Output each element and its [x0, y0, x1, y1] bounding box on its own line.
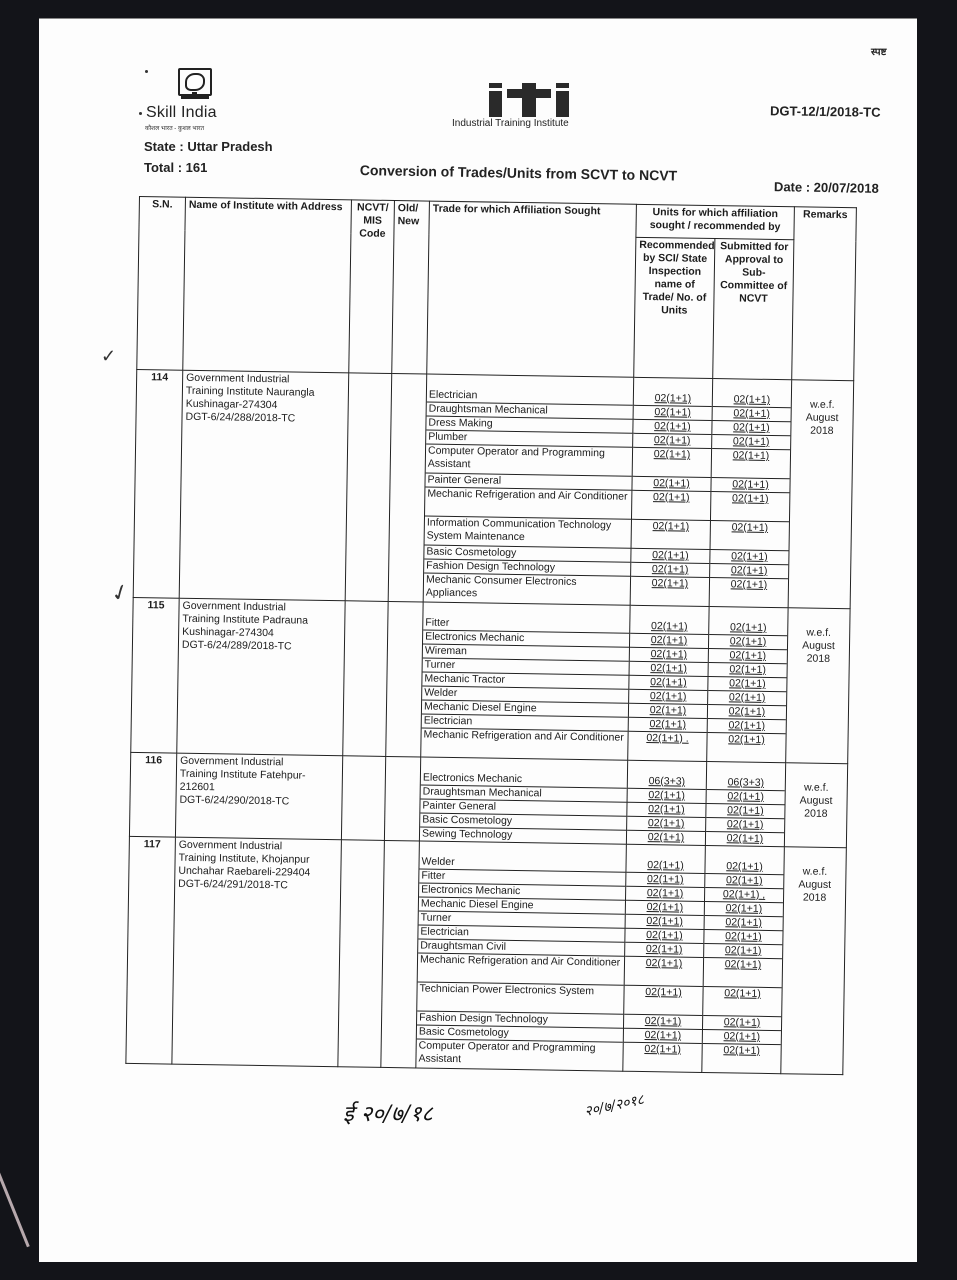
recommended-units-value: 02(1+1) [623, 1043, 701, 1072]
submitted-units-value: 02(1+1) [705, 916, 783, 931]
submitted-units-value: 02(1+1) [706, 832, 784, 846]
submitted-units-cell: 02(1+1)02(1+1)02(1+1) ,02(1+1)02(1+1)02(… [702, 845, 785, 1073]
col-header-units-group: Units for which affiliation sought / rec… [636, 204, 794, 239]
recommended-units-cell: 06(3+3)02(1+1)02(1+1)02(1+1)02(1+1) [626, 760, 706, 845]
old-new-cell [384, 756, 420, 841]
recommended-units-value: 02(1+1) [634, 392, 712, 407]
col-header-remarks: Remarks [792, 207, 857, 381]
submitted-units-value: 02(1+1) [704, 944, 782, 959]
remark-line: August [788, 794, 843, 808]
col-header-institute: Name of Institute with Address [183, 197, 352, 373]
recommended-units-value: 02(1+1) [630, 620, 708, 635]
recommended-units-value: 02(1+1) [631, 563, 709, 578]
dot-mark [145, 70, 148, 73]
recommended-units-cell: 02(1+1)02(1+1)02(1+1)02(1+1)02(1+1)02(1+… [628, 605, 709, 761]
recommended-units-value: 06(3+3) [628, 775, 706, 790]
submitted-units-value: 02(1+1) [706, 804, 784, 819]
remarks-cell: w.e.f.August2018 [786, 608, 850, 764]
trade-name: Mechanic Refrigeration and Air Condition… [421, 729, 627, 760]
remarks-cell: w.e.f.August2018 [788, 380, 854, 609]
institute-cell: Government IndustrialTraining Institute … [177, 598, 345, 756]
document-page: Skill India कौशल भारत - कुशल भारत Indust… [39, 18, 917, 1262]
old-new-cell [388, 373, 427, 602]
iti-logo-icon [487, 83, 571, 117]
col-header-trade: Trade for which Affiliation Sought [427, 201, 637, 377]
submitted-units-value: 02(1+1) [713, 407, 791, 422]
remark-line: w.e.f. [787, 865, 842, 879]
submitted-units-value: 02(1+1) [705, 860, 783, 875]
trade-name: Mechanic Consumer Electronics Appliances [424, 574, 630, 605]
recommended-units-value: 02(1+1) [630, 662, 708, 677]
ncvt-code-cell [341, 756, 385, 841]
submitted-units-value: 02(1+1) , [705, 888, 783, 903]
recommended-units-value: 02(1+1) [633, 434, 711, 449]
trade-list-cell: ElectricianDraughtsman MechanicalDress M… [423, 374, 634, 605]
recommended-units-value: 02(1+1) . [628, 732, 706, 761]
recommended-units-value: 02(1+1) [627, 817, 705, 832]
submitted-units-cell: 02(1+1)02(1+1)02(1+1)02(1+1)02(1+1)02(1+… [709, 379, 792, 608]
trades-table: S.N. Name of Institute with Address NCVT… [125, 196, 857, 1075]
recommended-units-value: 02(1+1) [625, 929, 703, 944]
recommended-units-value: 02(1+1) [627, 803, 705, 818]
submitted-units-value: 02(1+1) [703, 1016, 781, 1031]
col-header-sn: S.N. [137, 197, 186, 371]
institute-cell: Government IndustrialTraining Institute,… [172, 837, 342, 1067]
institute-row: 115Government IndustrialTraining Institu… [131, 597, 850, 763]
remark-line: 2018 [787, 891, 842, 905]
total-label: Total : 161 [144, 160, 207, 175]
state-label: State : Uttar Pradesh [144, 139, 273, 154]
remarks-cell: w.e.f.August2018 [784, 763, 847, 848]
trade-list-cell: Electronics MechanicDraughtsman Mechanic… [419, 757, 627, 844]
submitted-units-value: 02(1+1) [707, 790, 785, 805]
skill-india-title: Skill India [146, 104, 217, 122]
recommended-units-value: 02(1+1) [629, 718, 707, 733]
col-header-recommended: Recommended by SCI/ State Inspection nam… [634, 237, 715, 378]
submitted-units-value: 02(1+1) [711, 521, 789, 551]
recommended-units-value: 02(1+1) [628, 789, 706, 804]
submitted-units-value: 02(1+1) [709, 621, 787, 636]
submitted-units-value: 02(1+1) [709, 663, 787, 678]
skill-india-tagline: कौशल भारत - कुशल भारत [145, 124, 204, 132]
recommended-units-value: 02(1+1) [626, 887, 704, 902]
recommended-units-cell: 02(1+1)02(1+1)02(1+1)02(1+1)02(1+1)02(1+… [630, 377, 713, 606]
institute-address-line: DGT-6/24/289/2018-TC [182, 639, 341, 654]
check-mark-icon: ✓ [101, 346, 116, 367]
institute-address-line: DGT-6/24/288/2018-TC [185, 411, 344, 426]
institute-address-line: DGT-6/24/291/2018-TC [178, 878, 337, 893]
submitted-units-value: 02(1+1) [705, 902, 783, 917]
recommended-units-value: 02(1+1) [627, 831, 705, 845]
old-new-cell [386, 601, 423, 757]
recommended-units-value: 02(1+1) [624, 986, 702, 1016]
submitted-units-value: 02(1+1) [708, 691, 786, 706]
submitted-units-value: 06(3+3) [707, 776, 785, 791]
recommended-units-value: 02(1+1) [626, 901, 704, 916]
ncvt-code-cell [345, 373, 392, 602]
recommended-units-value: 02(1+1) [633, 420, 711, 435]
serial-number-cell: 115 [131, 597, 179, 753]
submitted-units-value: 02(1+1) [710, 578, 788, 607]
submitted-units-value: 02(1+1) [710, 564, 788, 579]
submitted-units-value: 02(1+1) [703, 1030, 781, 1045]
institute-row: 116Government IndustrialTraining Institu… [129, 752, 847, 847]
trade-name: Information Communication Technology Sys… [425, 517, 631, 549]
remark-line: August [794, 411, 849, 425]
submitted-units-value: 02(1+1) [712, 435, 790, 450]
institute-address-line: DGT-6/24/290/2018-TC [179, 794, 338, 809]
recommended-units-value: 02(1+1) [625, 957, 703, 987]
submitted-units-value: 02(1+1) [707, 733, 785, 762]
remark-line: w.e.f. [789, 781, 844, 795]
signature-left: ई २०/७/१८ [343, 1098, 433, 1128]
submitted-units-value: 02(1+1) [708, 719, 786, 734]
trade-name: Computer Operator and Programming Assist… [416, 1039, 622, 1070]
remark-line: 2018 [794, 424, 849, 438]
ncvt-code-cell [338, 840, 385, 1068]
remark-line: 2018 [788, 807, 843, 821]
institute-row: 114Government IndustrialTraining Institu… [133, 369, 853, 608]
submitted-units-value: 02(1+1) [713, 393, 791, 408]
submitted-units-value: 02(1+1) [708, 677, 786, 692]
remark-line: August [787, 878, 842, 892]
submitted-units-value: 02(1+1) [710, 550, 788, 565]
serial-number-cell: 117 [126, 836, 176, 1064]
recommended-units-value: 02(1+1) [629, 690, 707, 705]
col-header-ncvt: NCVT/ MIS Code [349, 200, 395, 374]
submitted-units-value: 02(1+1) [708, 705, 786, 720]
submitted-units-value: 02(1+1) [702, 1044, 780, 1073]
trade-name: Technician Power Electronics System [417, 982, 623, 1014]
submitted-units-value: 02(1+1) [712, 421, 790, 436]
check-mark-icon: ✓ [107, 578, 133, 609]
remark-line: August [791, 639, 846, 653]
recommended-units-value: 02(1+1) [626, 859, 704, 874]
remark-line: w.e.f. [795, 398, 850, 412]
submitted-units-value: 02(1+1) [704, 958, 782, 988]
remark-line: w.e.f. [791, 626, 846, 640]
corner-stamp: स्पष्ट [871, 44, 886, 58]
col-header-submitted: Submitted for Approval to Sub-Committee … [713, 239, 794, 380]
col-header-old-new: Old/ New [392, 201, 430, 375]
serial-number-cell: 116 [129, 752, 176, 837]
document-title: Conversion of Trades/Units from SCVT to … [360, 162, 678, 184]
trade-name: Mechanic Refrigeration and Air Condition… [418, 953, 624, 985]
recommended-units-value: 02(1+1) [626, 873, 704, 888]
submitted-units-value: 02(1+1) [709, 635, 787, 650]
trade-name: Mechanic Refrigeration and Air Condition… [425, 488, 631, 520]
trade-list-cell: FitterElectronics MechanicWiremanTurnerM… [421, 602, 630, 760]
trades-table-wrapper: S.N. Name of Institute with Address NCVT… [125, 196, 857, 1075]
submitted-units-value: 02(1+1) [709, 649, 787, 664]
recommended-units-value: 02(1+1) [629, 676, 707, 691]
recommended-units-value: 02(1+1) [624, 1029, 702, 1044]
trade-list-cell: WelderFitterElectronics MechanicMechanic… [416, 841, 627, 1071]
recommended-units-value: 02(1+1) [634, 406, 712, 421]
dot-mark [139, 112, 142, 115]
institute-cell: Government IndustrialTraining Institute … [179, 370, 349, 601]
recommended-units-cell: 02(1+1)02(1+1)02(1+1)02(1+1)02(1+1)02(1+… [623, 844, 706, 1072]
trade-name: Computer Operator and Programming Assist… [426, 445, 632, 477]
recommended-units-value: 02(1+1) [631, 577, 709, 606]
signature-right: २०/७/२०१८ [583, 1090, 646, 1121]
reference-number: DGT-12/1/2018-TC [770, 103, 881, 120]
remark-line: 2018 [791, 652, 846, 666]
recommended-units-value: 02(1+1) [632, 477, 710, 492]
recommended-units-value: 02(1+1) [624, 1015, 702, 1030]
recommended-units-value: 02(1+1) [630, 648, 708, 663]
ncvt-code-cell [343, 601, 388, 757]
recommended-units-value: 02(1+1) [625, 943, 703, 958]
old-new-cell [381, 840, 420, 1068]
submitted-units-cell: 02(1+1)02(1+1)02(1+1)02(1+1)02(1+1)02(1+… [707, 607, 788, 763]
monitor-stand-icon [181, 96, 209, 99]
recommended-units-value: 02(1+1) [632, 520, 710, 550]
recommended-units-value: 02(1+1) [631, 549, 709, 564]
recommended-units-value: 02(1+1) [629, 704, 707, 719]
table-body: 114Government IndustrialTraining Institu… [126, 369, 854, 1074]
document-date: Date : 20/07/2018 [774, 179, 879, 196]
institute-row: 117Government IndustrialTraining Institu… [126, 836, 846, 1074]
remarks-cell: w.e.f.August2018 [781, 847, 847, 1075]
submitted-units-cell: 06(3+3)02(1+1)02(1+1)02(1+1)02(1+1) [705, 761, 785, 846]
recommended-units-value: 02(1+1) [633, 448, 711, 478]
submitted-units-value: 02(1+1) [705, 874, 783, 889]
submitted-units-value: 02(1+1) [706, 818, 784, 833]
submitted-units-value: 02(1+1) [711, 478, 789, 493]
institute-cell: Government IndustrialTraining Institute … [175, 753, 342, 840]
submitted-units-value: 02(1+1) [704, 930, 782, 945]
submitted-units-value: 02(1+1) [711, 492, 789, 522]
recommended-units-value: 02(1+1) [632, 491, 710, 521]
submitted-units-value: 02(1+1) [703, 987, 781, 1017]
iti-caption: Industrial Training Institute [452, 118, 569, 129]
pen-mark [0, 1163, 30, 1248]
serial-number-cell: 114 [133, 369, 183, 598]
submitted-units-value: 02(1+1) [712, 449, 790, 479]
recommended-units-value: 02(1+1) [626, 915, 704, 930]
recommended-units-value: 02(1+1) [630, 634, 708, 649]
